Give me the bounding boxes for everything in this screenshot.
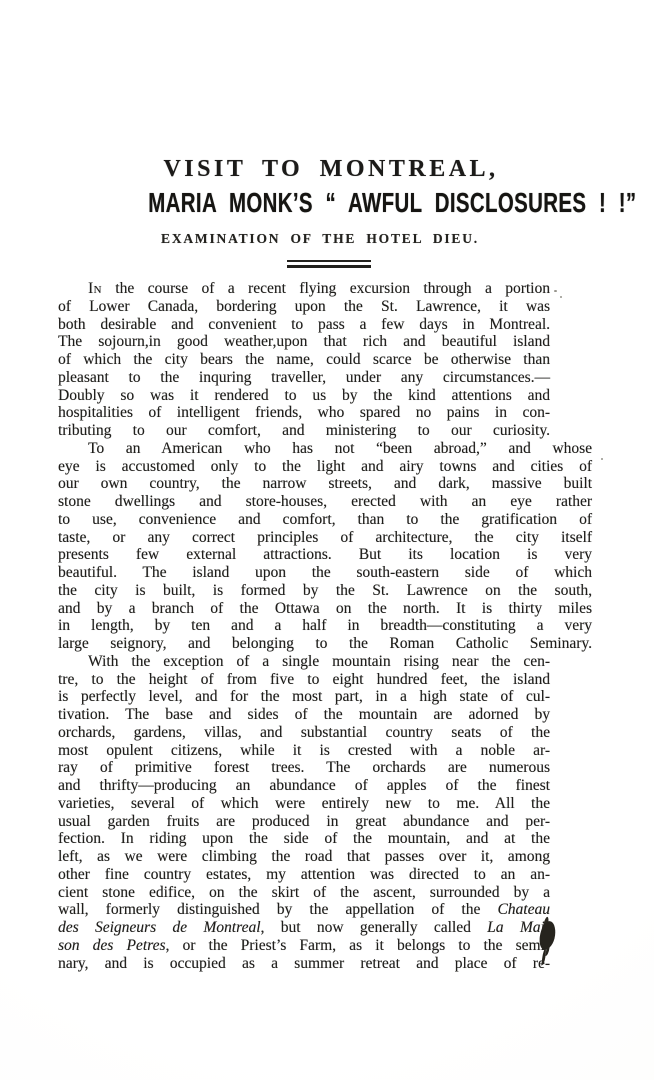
text-line: With the exception of a single mountain … (58, 653, 550, 671)
text-line: To an American who has not “been abroad,… (58, 440, 592, 458)
text-segment: taste, or any correct principles of arch… (58, 529, 592, 546)
text-line: most opulent citizens, while it is crest… (58, 742, 550, 760)
text-line: is perfectly level, and for the most par… (58, 688, 550, 706)
text-segment: With the exception of a single mountain … (88, 653, 550, 670)
text-line: The sojourn,in good weather,upon that ri… (58, 333, 550, 351)
text-line: in length, by ten and a half in breadth—… (58, 617, 592, 635)
text-segment: In (88, 280, 102, 297)
page-title-line1: VISIT TO MONTREAL, (58, 155, 604, 183)
text-line: the city is built, is formed by the St. … (58, 582, 592, 600)
text-segment: presents few external attractions. But i… (58, 546, 592, 563)
text-line: large seignory, and belonging to the Rom… (58, 635, 592, 653)
scan-speck (554, 290, 557, 292)
page-subtitle: EXAMINATION OF THE HOTEL DIEU. (47, 231, 593, 247)
text-segment: fection. In riding upon the side of the … (58, 830, 550, 847)
text-line: beautiful. The island upon the south-eas… (58, 564, 592, 582)
text-line: our own country, the narrow streets, and… (58, 475, 592, 493)
text-segment: and by a branch of the Ottawa on the nor… (58, 600, 592, 617)
text-line: both desirable and convenient to pass a … (58, 316, 550, 334)
text-segment: tre, to the height of from five to eight… (58, 671, 550, 688)
section-divider-rule (287, 260, 371, 268)
text-segment: other fine country estates, my attention… (58, 866, 550, 883)
text-line: to use, convenience and comfort, than to… (58, 511, 592, 529)
text-line: tributing to our comfort, and ministerin… (58, 422, 550, 440)
text-line: usual garden fruits are produced in grea… (58, 813, 550, 831)
text-segment: To an American who has not “been abroad,… (88, 440, 592, 457)
scanned-book-page: VISIT TO MONTREAL, MARIA MONK’S “ AWFUL … (0, 0, 654, 1080)
text-segment: the course of a recent flying excursion … (102, 280, 550, 297)
text-segment: the city is built, is formed by the St. … (58, 582, 592, 599)
text-segment: cient stone edifice, on the skirt of the… (58, 884, 550, 901)
text-segment: large seignory, and belonging to the Rom… (58, 635, 592, 652)
page-title-line2: MARIA MONK’S “ AWFUL DISCLOSURES ! !” (58, 186, 604, 220)
text-line: des Seigneurs de Montreal, but now gener… (58, 919, 550, 937)
text-line: and thrifty—producing an abundance of ap… (58, 777, 550, 795)
text-segment: wall, formerly distinguished by the appe… (58, 901, 497, 918)
text-segment: stone dwellings and store-houses, erecte… (58, 493, 592, 510)
text-segment: of which the city bears the name, could … (58, 351, 550, 368)
text-segment: orchards, gardens, villas, and substanti… (58, 724, 550, 741)
text-line: pleasant to the inquring traveller, unde… (58, 369, 550, 387)
text-segment: tributing to our comfort, and ministerin… (58, 422, 550, 439)
text-segment: , but now generally called (261, 919, 488, 936)
text-segment: of Lower Canada, bordering upon the St. … (58, 298, 550, 315)
text-segment: both desirable and convenient to pass a … (58, 316, 550, 333)
text-segment: pleasant to the inquring traveller, unde… (58, 369, 550, 386)
text-segment: hospitalities of intelligent friends, wh… (58, 404, 550, 421)
text-segment: eye is accustomed only to the light and … (58, 458, 592, 475)
text-line: nary, and is occupied as a summer retrea… (58, 955, 550, 973)
text-segment: varieties, several of which were entirel… (58, 795, 550, 812)
text-segment: nary, and is occupied as a summer retrea… (58, 955, 550, 972)
text-line: tivation. The base and sides of the moun… (58, 706, 550, 724)
text-segment: son des Petres (58, 937, 166, 954)
text-segment: in length, by ten and a half in breadth—… (58, 617, 592, 634)
text-line: wall, formerly distinguished by the appe… (58, 901, 550, 919)
text-segment: Doubly so was it rendered to us by the k… (58, 387, 550, 404)
text-line: orchards, gardens, villas, and substanti… (58, 724, 550, 742)
text-segment: The sojourn,in good weather,upon that ri… (58, 333, 550, 350)
text-segment: our own country, the narrow streets, and… (58, 475, 592, 492)
text-line: Doubly so was it rendered to us by the k… (58, 387, 550, 405)
text-line: son des Petres, or the Priest’s Farm, as… (58, 937, 550, 955)
text-segment: ray of primitive forest trees. The orcha… (58, 759, 550, 776)
text-segment: beautiful. The island upon the south-eas… (58, 564, 592, 581)
text-segment: , or the Priest’s Farm, as it belongs to… (166, 937, 551, 954)
text-segment: to use, convenience and comfort, than to… (58, 511, 592, 528)
text-line: cient stone edifice, on the skirt of the… (58, 884, 550, 902)
text-line: of which the city bears the name, could … (58, 351, 550, 369)
text-line: and by a branch of the Ottawa on the nor… (58, 600, 592, 618)
text-segment: and thrifty—producing an abundance of ap… (58, 777, 550, 794)
scan-speck (601, 458, 603, 460)
text-line: presents few external attractions. But i… (58, 546, 592, 564)
text-line: of Lower Canada, bordering upon the St. … (58, 298, 550, 316)
text-line: taste, or any correct principles of arch… (58, 529, 592, 547)
text-line: fection. In riding upon the side of the … (58, 830, 550, 848)
text-line: varieties, several of which were entirel… (58, 795, 550, 813)
text-block: In the course of a recent flying excursi… (58, 280, 550, 972)
text-segment: Chateau (497, 901, 550, 918)
text-line: other fine country estates, my attention… (58, 866, 550, 884)
text-line: ray of primitive forest trees. The orcha… (58, 759, 550, 777)
text-segment: left, as we were climbing the road that … (58, 848, 550, 865)
text-line: eye is accustomed only to the light and … (58, 458, 592, 476)
text-segment: most opulent citizens, while it is crest… (58, 742, 550, 759)
text-line: left, as we were climbing the road that … (58, 848, 550, 866)
text-line: tre, to the height of from five to eight… (58, 671, 550, 689)
text-line: In the course of a recent flying excursi… (58, 280, 550, 298)
text-segment: is perfectly level, and for the most par… (58, 688, 550, 705)
text-segment: tivation. The base and sides of the moun… (58, 706, 550, 723)
text-segment: des Seigneurs de Montreal (58, 919, 261, 936)
text-line: hospitalities of intelligent friends, wh… (58, 404, 550, 422)
text-line: stone dwellings and store-houses, erecte… (58, 493, 592, 511)
text-segment: usual garden fruits are produced in grea… (58, 813, 550, 830)
scan-speck (560, 296, 562, 298)
page-title-line2-text: MARIA MONK’S “ AWFUL DISCLOSURES ! !” (148, 186, 636, 220)
